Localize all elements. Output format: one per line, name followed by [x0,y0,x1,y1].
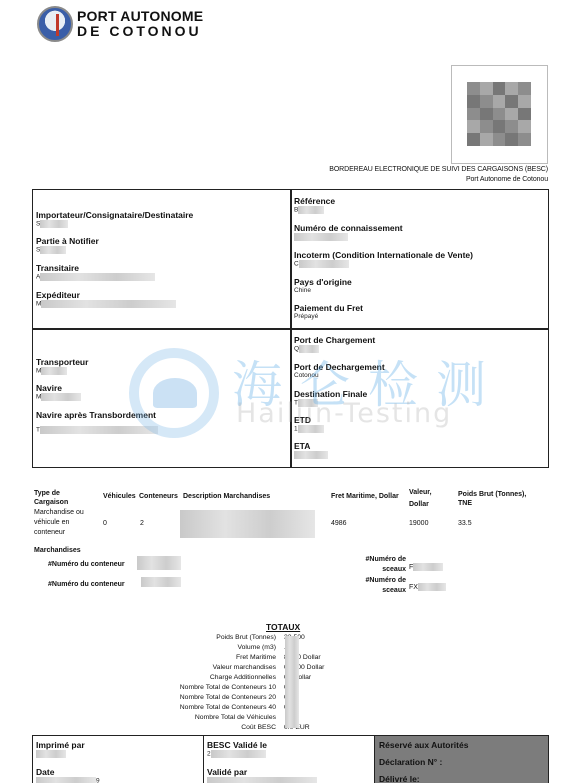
importer-label: Importateur/Consignataire/Destinataire [36,210,193,220]
qr-code-icon [451,65,548,164]
seal-number-value-2: FX [409,584,418,591]
totals-row: Nombre Total de Conteneurs 100 [150,683,380,693]
totals-row: Charge Additionnelles00 Dollar [150,673,380,683]
container-number-value-2 [141,577,181,587]
header-value: Valeur, Dollar [409,487,439,511]
header-description: Description Marchandises [183,492,270,501]
printed-box: Imprimé par Date 9 [32,735,204,783]
eta-label: ETA [294,441,328,451]
seal-number-label-1: #Numéro de sceaux [358,555,406,575]
header-cargo-type: Type de Cargaison [34,489,84,507]
origin-value: Chine [294,287,352,295]
date-value: 9 [96,778,100,783]
validated-on-label: BESC Validé le [207,740,267,750]
doc-subtitle: Port Autonome de Cotonou [329,175,548,185]
totals-label: Nombre Total de Conteneurs 40 [150,703,276,713]
totals-label: Valeur marchandises [150,663,276,673]
freight-value: 4986 [331,519,347,528]
vessel-label: Navire [36,383,81,393]
date-label: Date [36,767,100,777]
totals-row: Nombre Total de Véhicules [150,713,380,723]
authority-box: Réservé aux Autorités Déclaration N° : D… [374,735,549,783]
container-number-value-1 [137,556,181,570]
goods-section-label: Marchandises [34,546,81,555]
weight-value: 33.5 [458,519,472,528]
printed-by-label: Imprimé par [36,740,85,750]
payment-value: Prépayé [294,313,363,321]
header-containers: Conteneurs [139,492,178,501]
totals-row: Coût BESC0.0 EUR [150,723,380,733]
parties-box: Importateur/Consignataire/Destinataire S… [32,189,292,330]
totals-row: Poids Brut (Tonnes)33.500 [150,633,380,643]
watermark-seal-icon [129,348,219,438]
container-number-label-1: #Numéro du conteneur [48,560,125,569]
validated-by-label: Validé par [207,767,317,777]
header-vehicles: Véhicules [103,492,136,501]
port-logo [37,6,73,42]
org-name-line2: DE COTONOU [77,24,203,39]
seal-number-label-2: #Numéro de sceaux [358,576,406,596]
header-weight: Poids Brut (Tonnes), TNE [458,490,538,508]
totals-label: Nombre Total de Véhicules [150,713,276,723]
reference-box: Référence B Numéro de connaissement Inco… [290,189,549,330]
totals-row: Fret Maritime86.00 Dollar [150,653,380,663]
totals-row: Nombre Total de Conteneurs 200 [150,693,380,703]
watermark-en: Hailun-Testing [236,398,452,429]
container-number-label-2: #Numéro du conteneur [48,580,125,589]
totals-label: Nombre Total de Conteneurs 10 [150,683,276,693]
totals-row: Volume (m3).000 [150,643,380,653]
payment-label: Paiement du Fret [294,303,363,313]
totals-label: Charge Additionnelles [150,673,276,683]
totals-row: Nombre Total de Conteneurs 400 [150,703,380,713]
incoterm-label: Incoterm (Condition Internationale de Ve… [294,250,473,260]
document-title: BORDEREAU ELECTRONIQUE DE SUIVI DES CARG… [329,165,548,185]
reference-label: Référence [294,196,335,206]
origin-label: Pays d'origine [294,277,352,287]
totals-label: Coût BESC [150,723,276,733]
shipper-label: Expéditeur [36,290,176,300]
containers-value: 2 [140,519,144,528]
totals-label: Poids Brut (Tonnes) [150,633,276,643]
forwarder-label: Transitaire [36,263,155,273]
validation-box: BESC Validé le 2 Validé par [203,735,375,783]
totals-redaction [285,636,299,728]
doc-title: BORDEREAU ELECTRONIQUE DE SUIVI DES CARG… [329,165,548,175]
totals-row: Valeur marchandises000.00 Dollar [150,663,380,673]
header-freight: Fret Maritime, Dollar [331,492,399,501]
org-name: PORT AUTONOME DE COTONOU [77,9,203,39]
totals-label: Volume (m3) [150,643,276,653]
issued-label: Délivré le: [379,774,420,783]
carrier-label: Transporteur [36,357,88,367]
totals-label: Fret Maritime [150,653,276,663]
totals-label: Nombre Total de Conteneurs 20 [150,693,276,703]
goods-value: 19000 [409,519,428,528]
declaration-label: Déclaration N° : [379,757,442,767]
org-name-line1: PORT AUTONOME [77,9,203,24]
vehicles-value: 0 [103,519,107,528]
totals-title: TOTAUX [266,622,300,632]
authority-label: Réservé aux Autorités [379,740,468,750]
description-value [180,510,315,538]
anchor-icon [56,14,59,36]
bl-label: Numéro de connaissement [294,223,403,233]
cargo-type-value: Marchandise ou véhicule en conteneur [34,508,94,538]
notify-label: Partie à Notifier [36,236,99,246]
loading-port-label: Port de Chargement [294,335,375,345]
